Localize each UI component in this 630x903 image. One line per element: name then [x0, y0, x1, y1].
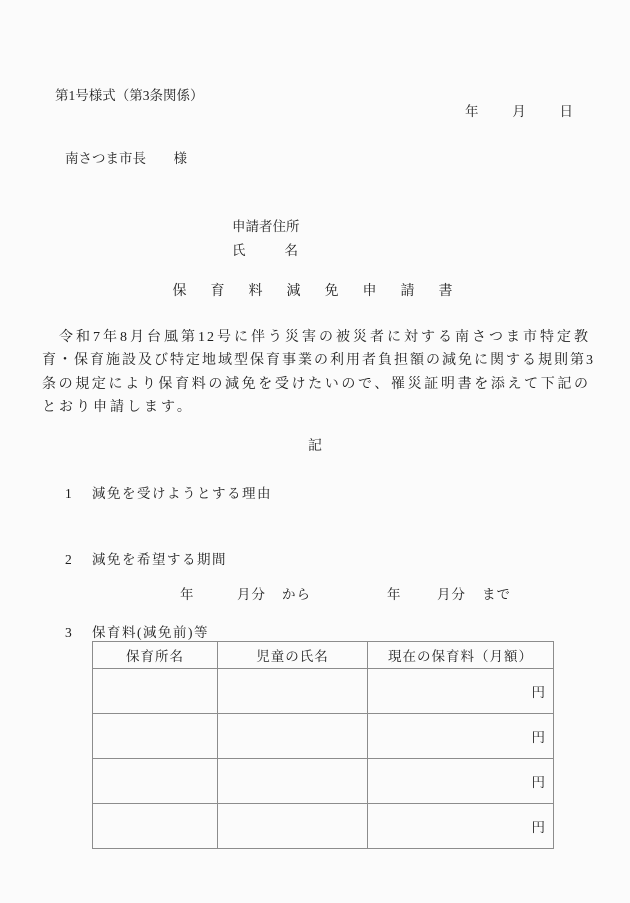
item-3-number: 3	[65, 625, 92, 641]
table-row: 円	[93, 759, 554, 804]
period-from-year-label: 年	[180, 583, 195, 603]
name-label-right: 名	[285, 239, 299, 259]
table-row: 円	[93, 714, 554, 759]
facility-name-cell	[93, 804, 218, 849]
header-facility-name: 保育所名	[93, 642, 218, 669]
header-current-fee: 現在の保育料（月額）	[368, 642, 554, 669]
fee-amount-cell: 円	[368, 759, 554, 804]
year-label: 年	[465, 100, 479, 120]
fee-amount-cell: 円	[368, 714, 554, 759]
document-title: 保 育 料 減 免 申 請 書	[0, 280, 630, 300]
fee-amount-cell: 円	[368, 804, 554, 849]
period-to-year-label: 年	[387, 583, 402, 603]
child-name-cell	[218, 714, 368, 759]
item-2-number: 2	[65, 552, 92, 568]
table-row: 円	[93, 669, 554, 714]
fee-table: 保育所名 児童の氏名 現在の保育料（月額） 円 円 円	[92, 641, 554, 849]
facility-name-cell	[93, 759, 218, 804]
item-3-label: 保育料(減免前)等	[92, 625, 209, 640]
addressee-line: 南さつま市長 様	[65, 147, 187, 167]
month-label: 月	[512, 100, 526, 120]
body-line: 令和7年8月台風第12号に伴う災害の被災者に対する南さつま市特定教	[42, 326, 590, 349]
honorific-label: 様	[174, 147, 188, 167]
applicant-name-label: 氏 名	[232, 239, 298, 259]
body-line: 条の規定により保育料の減免を受けたいので、罹災証明書を添えて下記の	[42, 373, 590, 396]
application-form-page: 第1号様式（第3条関係） 年 月 日 南さつま市長 様 申請者住所 氏 名 保 …	[0, 0, 630, 903]
applicant-address-label: 申請者住所	[232, 215, 300, 235]
period-from-label: から	[282, 583, 311, 603]
table-row: 円	[93, 804, 554, 849]
item-1-reason: 1減免を受けようとする理由	[65, 482, 272, 502]
period-to-month-label: 月分	[437, 583, 466, 603]
form-number: 第1号様式（第3条関係）	[55, 84, 204, 104]
item-2-period: 2減免を希望する期間	[65, 548, 227, 568]
body-line: とおり申請します。	[42, 396, 590, 419]
header-child-name: 児童の氏名	[218, 642, 368, 669]
day-label: 日	[560, 100, 574, 120]
period-to-label: まで	[482, 583, 511, 603]
mayor-label: 南さつま市長	[65, 147, 146, 167]
period-from-month-label: 月分	[237, 583, 266, 603]
record-marker: 記	[0, 435, 630, 455]
body-line: 育・保育施設及び特定地域型保育事業の利用者負担額の減免に関する規則第3	[42, 349, 590, 372]
item-3-fees: 3保育料(減免前)等	[65, 621, 209, 641]
item-1-label: 減免を受けようとする理由	[92, 486, 272, 501]
child-name-cell	[218, 759, 368, 804]
fee-amount-cell: 円	[368, 669, 554, 714]
facility-name-cell	[93, 669, 218, 714]
name-label-left: 氏	[232, 239, 246, 259]
child-name-cell	[218, 804, 368, 849]
facility-name-cell	[93, 714, 218, 759]
item-2-label: 減免を希望する期間	[92, 552, 227, 567]
date-line: 年 月 日	[465, 100, 573, 120]
child-name-cell	[218, 669, 368, 714]
table-header-row: 保育所名 児童の氏名 現在の保育料（月額）	[93, 642, 554, 669]
item-1-number: 1	[65, 486, 92, 502]
body-paragraph: 令和7年8月台風第12号に伴う災害の被災者に対する南さつま市特定教 育・保育施設…	[42, 326, 590, 419]
period-fill-in-line: 年 月分 から 年 月分 まで	[0, 583, 630, 599]
